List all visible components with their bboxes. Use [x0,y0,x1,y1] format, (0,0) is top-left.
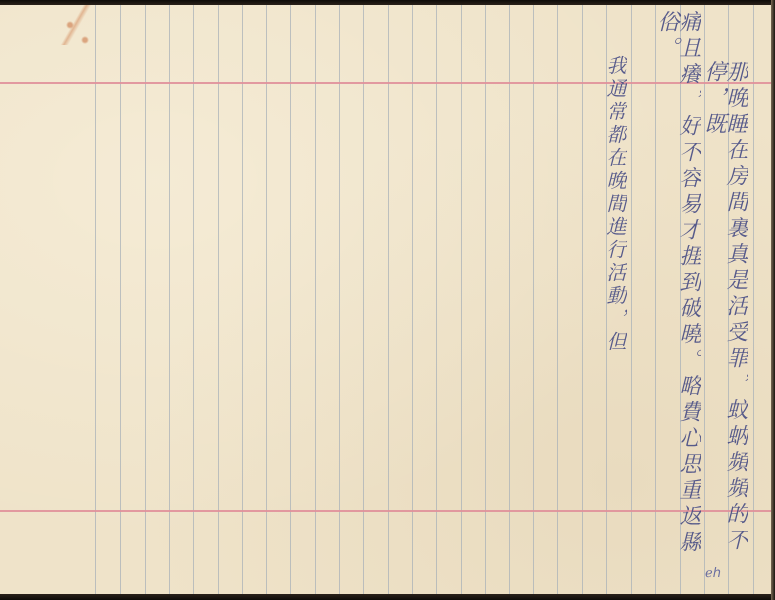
handwritten-column-2: 痛且癢，好不容易才捱到破曉。略費心思重返縣俗。 [655,10,699,600]
scan-top-edge [0,0,775,5]
corner-mark: ℯh [705,566,721,581]
scan-right-edge [771,0,775,600]
scan-bottom-edge [0,594,775,600]
rust-stain [60,0,100,45]
handwritten-column-1: 那晚睡在房間裏真是活受罪，蚊蚋頻頻的不停，既 [702,60,746,600]
letter-page: 那晚睡在房間裏真是活受罪，蚊蚋頻頻的不停，既 痛且癢，好不容易才捱到破曉。略費心… [0,0,775,600]
handwritten-column-3: 我通常都在晚間進行活動，但 [605,55,625,354]
